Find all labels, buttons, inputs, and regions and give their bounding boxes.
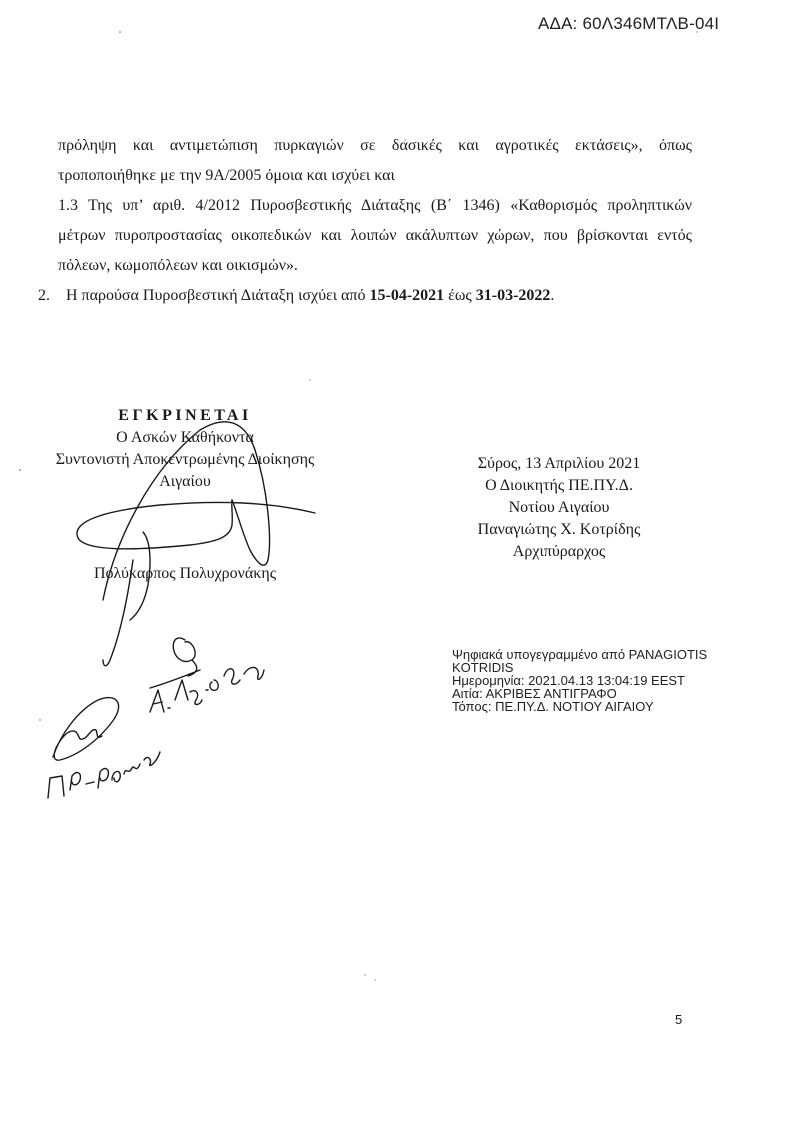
note-loop [150,638,200,688]
approval-line-3: Αιγαίου [40,471,330,493]
place-date: Σύρος, 13 Απριλίου 2021 [444,453,674,475]
validity-date-from: 15-04-2021 [370,287,445,304]
validity-date-to: 31-03-2022 [476,287,551,304]
body-line-1: πρόληψη και αντιμετώπιση πυρκαγιών σε δα… [58,137,692,155]
ada-document-id: ΑΔΑ: 60Λ346ΜΤΛΒ-04Ι [538,14,719,34]
note-signature [53,698,119,761]
signature-loop [77,500,315,549]
list-item-number: 2. [38,287,62,305]
digital-signature-location: Τόπος: ΠΕ.ΠΥ.Δ. ΝΟΤΙΟΥ ΑΙΓΑΙΟΥ [452,700,707,713]
approver-name: Πολύκαρπος Πολυχρονάκης [40,565,330,583]
approval-block: ΕΓΚΡΙΝΕΤΑΙ Ο Ασκών Καθήκοντα Συντονιστή … [40,405,330,493]
approval-line-1: Ο Ασκών Καθήκοντα [40,427,330,449]
page-number: 5 [675,1012,682,1027]
digital-signature-stamp: Ψηφιακά υπογεγραμμένο από PANAGIOTIS KOT… [452,648,707,713]
approval-line-2: Συντονιστή Αποκεντρωμένης Διοίκησης [40,449,330,471]
body-line-5: πόλεων, κωμοπόλεων και οικισμών». [58,257,298,275]
validity-text: Η παρούσα Πυροσβεστική Διάταξη ισχύει απ… [66,287,370,304]
note-text-1 [150,667,264,712]
validity-text-end: . [550,287,554,304]
signatory-block: Σύρος, 13 Απριλίου 2021 Ο Διοικητής ΠΕ.Π… [444,453,674,563]
body-line-4: μέτρων πυροπροστασίας οικοπεδικών και λο… [58,227,692,245]
list-item-2: 2. Η παρούσα Πυροσβεστική Διάταξη ισχύει… [38,287,554,305]
note-text-2 [48,752,160,798]
signatory-region: Νοτίου Αιγαίου [444,497,674,519]
signatory-role: Ο Διοικητής ΠΕ.ΠΥ.Δ. [444,475,674,497]
signatory-name: Παναγιώτης Χ. Κοτρίδης [444,519,674,541]
body-line-2: τροποποιήθηκε με την 9Α/2005 όμοια και ι… [58,167,395,185]
approval-title: ΕΓΚΡΙΝΕΤΑΙ [40,405,330,427]
signatory-rank: Αρχιπύραρχος [444,541,674,563]
body-line-3: 1.3 Της υπ’ αριθ. 4/2012 Πυροσβεστικής Δ… [58,197,692,215]
validity-text-middle: έως [444,287,476,304]
